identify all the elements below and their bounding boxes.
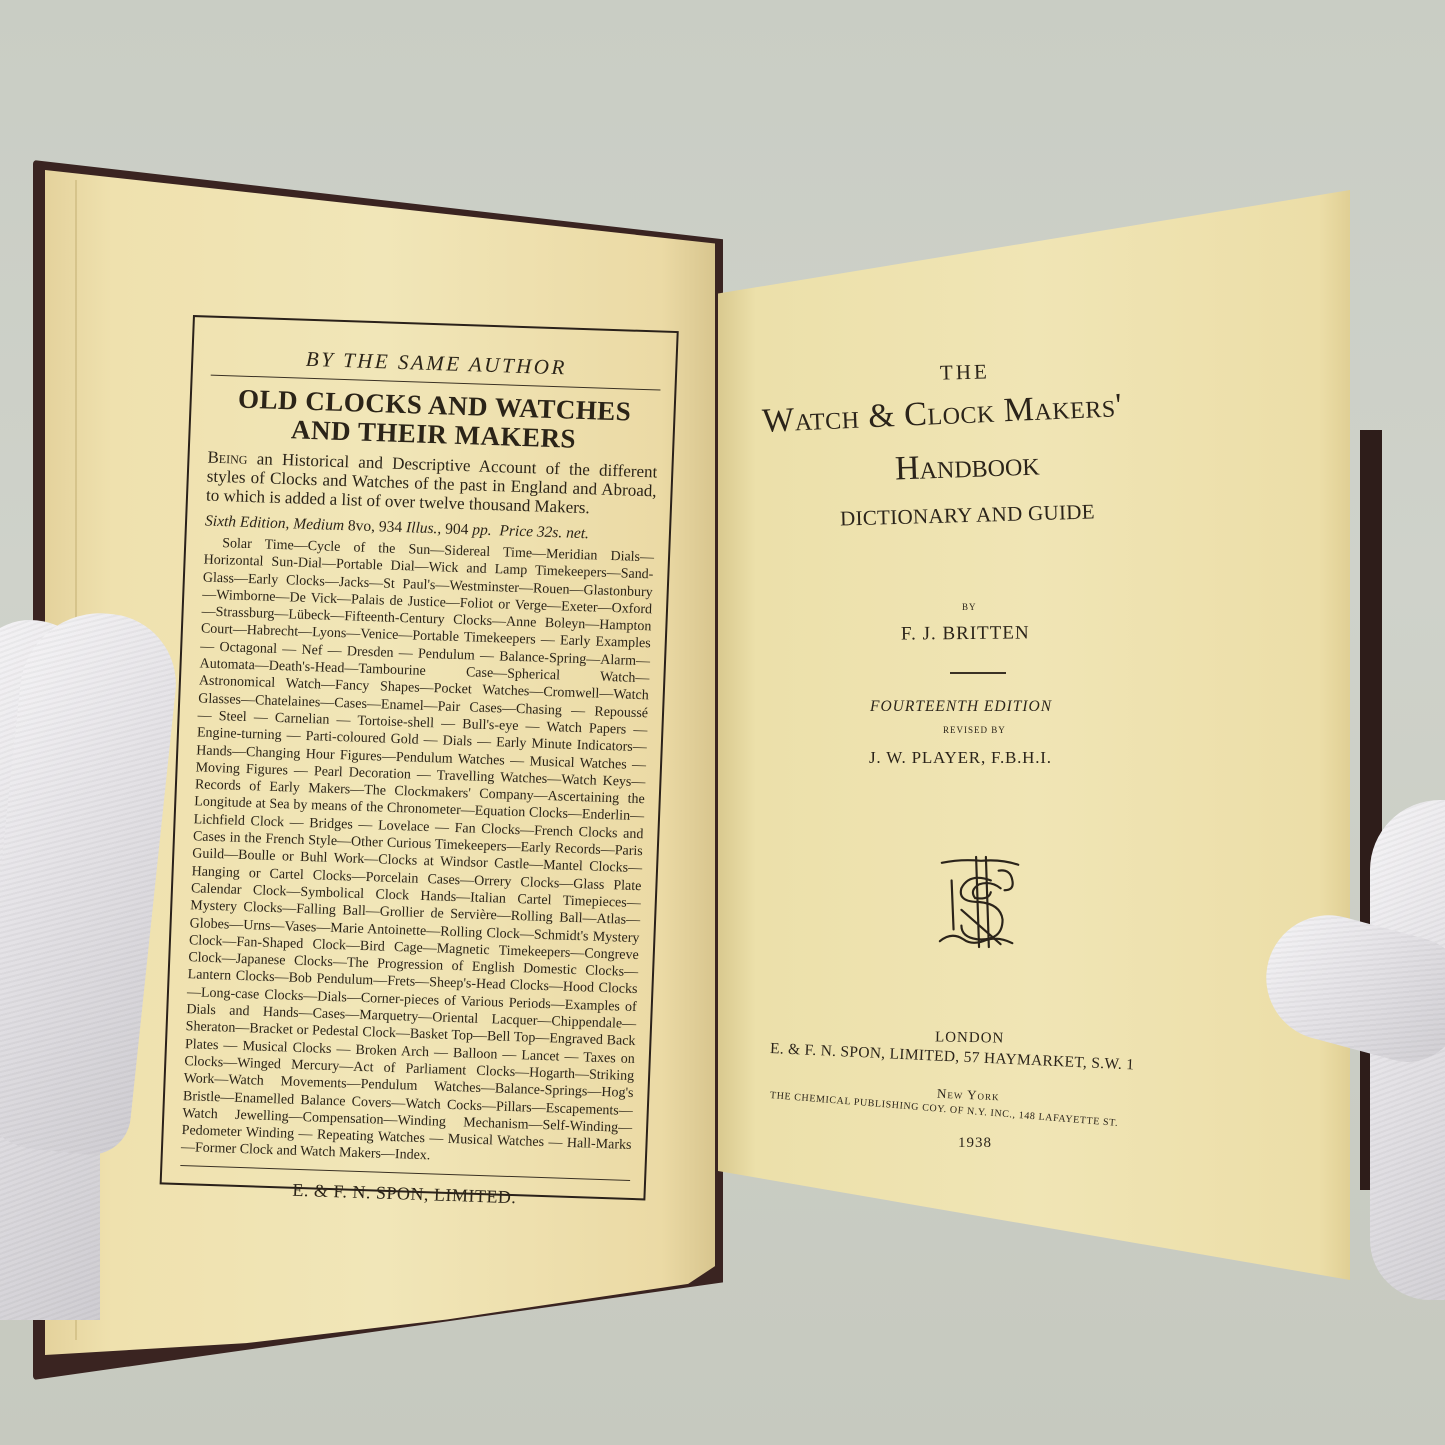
size-label: Medium (293, 515, 344, 534)
pages-label: pp. (472, 521, 492, 539)
ad-book-title: OLD CLOCKS AND WATCHES AND THEIR MAKERS (208, 384, 660, 457)
illus-label: Illus., (406, 519, 442, 537)
reviser-name: J. W. PLAYER, F.B.H.I. (869, 748, 1052, 768)
ad-description-lead: Being (207, 448, 248, 468)
ad-description-body: an Historical and Descriptive Account of… (206, 449, 658, 517)
illus-count: 934 (379, 518, 403, 536)
revised-by-label: REVISED BY (943, 725, 1006, 735)
price: Price 32s. net. (499, 522, 589, 542)
city-new-york: New York (937, 1086, 1000, 1105)
edition-label: FOURTEENTH EDITION (870, 698, 1052, 716)
author-name: F. J. BRITTEN (901, 622, 1030, 645)
size-value: 8vo, (348, 517, 376, 535)
title-divider (950, 672, 1006, 674)
city-london: LONDON (935, 1029, 1005, 1047)
photo-scene: BY THE SAME AUTHOR OLD CLOCKS AND WATCHE… (0, 0, 1445, 1445)
ad-description: Being an Historical and Descriptive Acco… (206, 448, 658, 520)
title-handbook: Handbook (894, 445, 1040, 488)
title-the: THE (940, 359, 990, 385)
publisher-monogram-icon (932, 850, 1030, 955)
by-label: BY (962, 602, 977, 612)
publication-year: 1938 (958, 1135, 992, 1152)
ad-contents-list: Solar Time—Cycle of the Sun—Sidereal Tim… (181, 535, 655, 1172)
edition-label: Sixth Edition, (205, 513, 290, 533)
page-count: 904 (445, 520, 469, 538)
advertisement-box: BY THE SAME AUTHOR OLD CLOCKS AND WATCHE… (160, 315, 679, 1200)
